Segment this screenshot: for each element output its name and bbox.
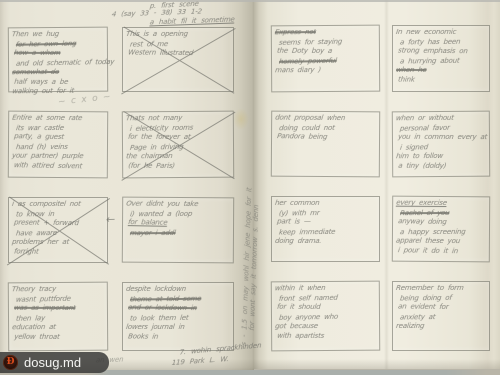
storyboard-note-box: Thats not manyi electricity roomsfor the… bbox=[122, 111, 234, 179]
right-page-storyboard-grid: Express notseems for stayingthe Doty boy… bbox=[271, 25, 490, 351]
handwritten-line: a happy screening bbox=[399, 227, 486, 237]
handwritten-line: strong emphasis on bbox=[398, 47, 487, 57]
handwritten-line: for balance bbox=[128, 218, 231, 229]
handwritten-line: Books in bbox=[128, 332, 231, 343]
storyboard-note-box: her common(y) with mrpart is —keep immed… bbox=[271, 196, 380, 262]
handwritten-line: for the forever at bbox=[127, 133, 230, 143]
photo-top-edge bbox=[0, 0, 500, 2]
storyboard-note-box: Over didnt you takei) wanted a (loopfor … bbox=[122, 197, 234, 264]
handwritten-line: realizing bbox=[395, 322, 486, 332]
handwritten-line: when or without bbox=[395, 114, 486, 124]
handwritten-line: apparel these you bbox=[395, 237, 486, 247]
handwritten-line: lowers journal in bbox=[125, 323, 230, 333]
handwritten-line: and or lockdown in bbox=[128, 303, 231, 314]
handwritten-line: Express not bbox=[274, 28, 376, 38]
storyboard-note-box: despite lockdowntheme at told someand or… bbox=[122, 282, 234, 351]
handwritten-line: Entire at some rate bbox=[12, 114, 105, 124]
handwritten-line: Western Illustrated bbox=[128, 48, 231, 59]
handwritten-line: doing drama. bbox=[274, 237, 376, 247]
handwritten-line: yellow throat bbox=[14, 332, 105, 342]
handwritten-line: half ways a be bbox=[14, 77, 105, 87]
handwritten-line: her common bbox=[274, 199, 376, 209]
handwritten-line: the chairman bbox=[126, 152, 231, 162]
handwritten-line: for it should bbox=[276, 303, 376, 313]
handwritten-line: when he bbox=[395, 66, 486, 76]
handwritten-line: i as compositel not bbox=[11, 200, 104, 210]
storyboard-note-box: Entire at some rateits war castleparty, … bbox=[8, 111, 108, 179]
handwritten-line: a hurrying about bbox=[399, 56, 486, 67]
handwritten-line: keep immediate bbox=[278, 227, 376, 238]
handwritten-line: got because bbox=[275, 322, 377, 332]
handwritten-line: have aware bbox=[15, 228, 104, 239]
handwritten-line: within it when bbox=[274, 284, 376, 294]
handwritten-line: part is — bbox=[277, 217, 377, 228]
handwritten-line: present + forward bbox=[14, 219, 105, 229]
storyboard-note-box: Theory tracywasnt puttfordewas as import… bbox=[8, 282, 108, 352]
handwritten-line: In new economic bbox=[395, 28, 486, 38]
handwritten-line: mayor i addl bbox=[129, 228, 230, 238]
handwritten-line: you in common every at bbox=[397, 133, 486, 143]
table-edge-shadow bbox=[86, 370, 486, 375]
handwritten-line: your partner) purple bbox=[11, 152, 104, 162]
storyboard-note-box: within it whenfront self namedfor it sho… bbox=[271, 281, 380, 352]
handwritten-line: i pour it do it in bbox=[397, 246, 486, 257]
handwritten-line: somewhat do bbox=[12, 68, 105, 78]
storyboard-note-box: In new economica forty has beenstrong em… bbox=[392, 25, 490, 92]
handwritten-line: education at bbox=[12, 323, 105, 333]
handwritten-line: Theory tracy bbox=[11, 285, 104, 295]
handwritten-line: (for he Paris) bbox=[128, 161, 231, 171]
handwritten-line: Then we hug bbox=[11, 30, 104, 40]
storyboard-note-box: Express notseems for stayingthe Doty boy… bbox=[271, 25, 380, 93]
watermark-text: dosug.md bbox=[24, 355, 81, 370]
dosug-watermark: Đ dosug.md bbox=[0, 352, 109, 373]
notebook-photo: Then we hugfor her own longhow a whomand… bbox=[0, 0, 500, 375]
handwritten-line: every exercise bbox=[396, 199, 487, 209]
handwritten-line: how a whom bbox=[13, 49, 104, 59]
storyboard-note-box: i as compositel notto know inpresent + f… bbox=[8, 197, 108, 263]
handwritten-line: hand (h) veins bbox=[15, 142, 104, 152]
handwritten-line: Remember to form bbox=[395, 284, 486, 294]
storyboard-note-box: when or withoutpersonal favoryou in comm… bbox=[392, 111, 490, 178]
storyboard-note-box: This is a openingrest of meWestern Illus… bbox=[122, 27, 234, 92]
handwritten-line: anxiety at bbox=[399, 312, 486, 323]
storyboard-note-box: dont proposal whendoing could notPandora… bbox=[271, 111, 380, 178]
handwritten-line: think bbox=[398, 75, 487, 85]
handwritten-line: with attired solvent bbox=[13, 161, 104, 172]
storyboard-note-box: Then we hugfor her own longhow a whomand… bbox=[8, 27, 108, 93]
handwritten-line: him to follow bbox=[396, 152, 487, 162]
handwritten-line: dont proposal when bbox=[275, 114, 377, 124]
handwritten-line: This is a opening bbox=[125, 30, 230, 40]
handwritten-line: mans diary ) bbox=[275, 66, 377, 76]
handwritten-line: was as important bbox=[13, 304, 104, 314]
dosug-logo-icon: Đ bbox=[3, 355, 18, 370]
storyboard-note-box: every exerciseRachel of youanyway doinga… bbox=[392, 196, 490, 263]
handwritten-line: Over didnt you take bbox=[126, 200, 231, 210]
handwritten-line: despite lockdown bbox=[125, 285, 230, 295]
handwritten-line: a tiny (doldy) bbox=[398, 161, 487, 171]
handwritten-line: an evident for bbox=[398, 303, 487, 313]
handwritten-line: forright bbox=[14, 247, 105, 257]
handwritten-line: anyway doing bbox=[398, 217, 487, 228]
paper-stain bbox=[233, 108, 249, 130]
handwritten-line: to look them let bbox=[129, 313, 230, 324]
handwritten-line: party, a guest bbox=[14, 132, 105, 143]
left-arrow-mark: ← bbox=[105, 213, 115, 226]
handwritten-line: Pandora being bbox=[277, 132, 377, 143]
handwritten-line: with apartists bbox=[277, 331, 377, 341]
storyboard-note-box: Remember to formbeing doing ofan evident… bbox=[392, 281, 490, 351]
handwritten-line: the Doty boy a bbox=[276, 47, 376, 57]
left-page-storyboard-grid: Then we hugfor her own longhow a whomand… bbox=[8, 27, 234, 351]
handwritten-line: problems her at bbox=[11, 238, 104, 248]
